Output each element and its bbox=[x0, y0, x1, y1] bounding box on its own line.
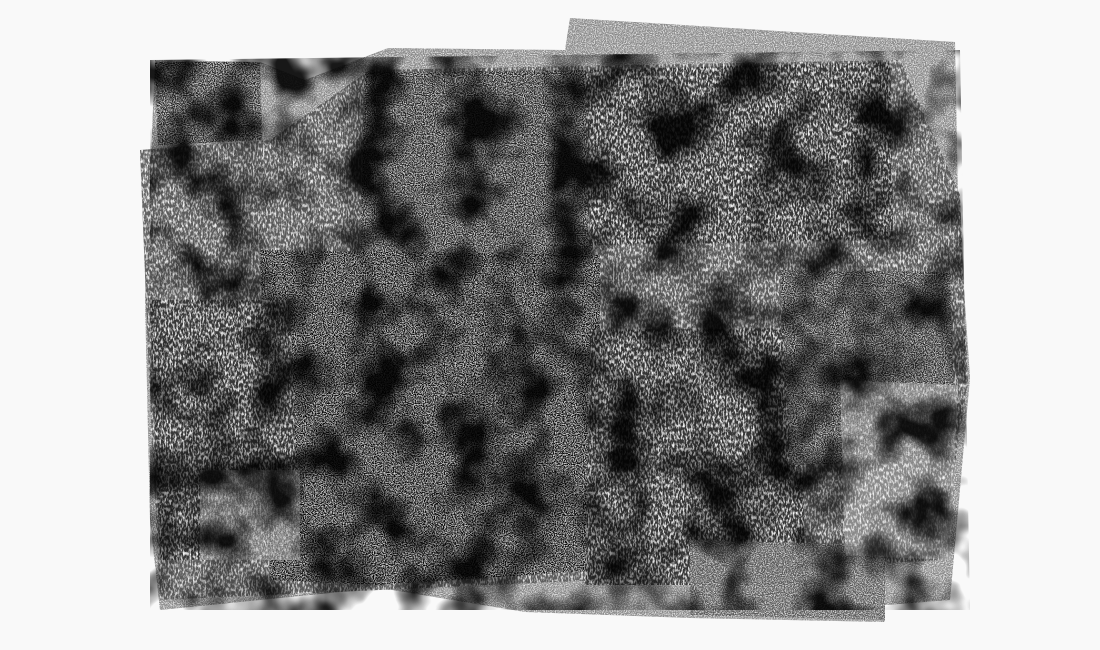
grunge-texture-artwork bbox=[0, 0, 1100, 650]
ink-patch bbox=[150, 50, 970, 610]
dark-blotches bbox=[150, 50, 970, 610]
